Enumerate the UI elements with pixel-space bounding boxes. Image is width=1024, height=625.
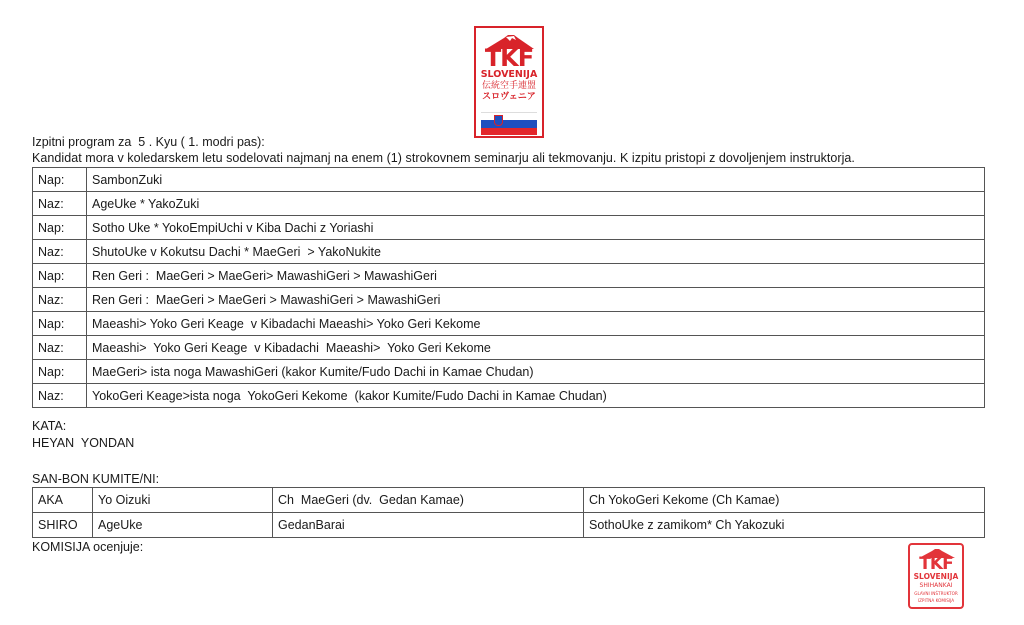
kumite-side-cell: AKA <box>33 488 93 513</box>
technique-type-cell: Nap: <box>33 264 87 288</box>
table-row: Naz:YokoGeri Keage>ista noga YokoGeri Ke… <box>33 384 985 408</box>
coat-of-arms-icon <box>494 115 503 126</box>
table-row: Naz:Maeashi> Yoko Geri Keage v Kibadachi… <box>33 336 985 360</box>
technique-text-cell: Maeashi> Yoko Geri Keage v Kibadachi Mae… <box>87 312 985 336</box>
kata-value: HEYAN YONDAN <box>32 436 134 450</box>
logo-title: TKF <box>476 46 542 70</box>
technique-type-cell: Nap: <box>33 168 87 192</box>
kumite-step3-cell: Ch YokoGeri Kekome (Ch Kamae) <box>584 488 985 513</box>
technique-type-cell: Naz: <box>33 384 87 408</box>
tkf-shihankai-stamp-logo: TKF SLOVENIJA SHIHANKAI GLAVNI INŠTRUKTO… <box>908 543 964 609</box>
sanbon-kumite-label: SAN-BON KUMITE/NI: <box>32 472 159 486</box>
technique-type-cell: Naz: <box>33 336 87 360</box>
technique-text-cell: MaeGeri> ista noga MawashiGeri (kakor Ku… <box>87 360 985 384</box>
kata-label: KATA: <box>32 419 66 433</box>
kumite-step1-cell: Yo Oizuki <box>93 488 273 513</box>
logo-japanese-line2: スロヴェニア <box>476 92 542 102</box>
technique-type-cell: Naz: <box>33 240 87 264</box>
table-row: Naz:AgeUke * YakoZuki <box>33 192 985 216</box>
slovenian-flag-icon <box>481 112 537 134</box>
kumite-step1-cell: AgeUke <box>93 513 273 538</box>
stamp-line2: GLAVNI INŠTRUKTOR <box>910 590 962 597</box>
table-row: Nap:Ren Geri : MaeGeri > MaeGeri> Mawash… <box>33 264 985 288</box>
sanbon-kumite-table: AKAYo OizukiCh MaeGeri (dv. Gedan Kamae)… <box>32 487 985 538</box>
kumite-step2-cell: GedanBarai <box>273 513 584 538</box>
technique-text-cell: SambonZuki <box>87 168 985 192</box>
table-row: SHIROAgeUkeGedanBaraiSothoUke z zamikom*… <box>33 513 985 538</box>
stamp-country: SLOVENIJA <box>910 573 962 581</box>
technique-type-cell: Naz: <box>33 192 87 216</box>
technique-text-cell: Ren Geri : MaeGeri > MaeGeri> MawashiGer… <box>87 264 985 288</box>
technique-type-cell: Nap: <box>33 360 87 384</box>
technique-type-cell: Nap: <box>33 216 87 240</box>
technique-text-cell: AgeUke * YakoZuki <box>87 192 985 216</box>
intro-text: Kandidat mora v koledarskem letu sodelov… <box>32 151 855 165</box>
techniques-table: Nap:SambonZukiNaz:AgeUke * YakoZukiNap:S… <box>32 167 985 408</box>
technique-text-cell: Maeashi> Yoko Geri Keage v Kibadachi Mae… <box>87 336 985 360</box>
tkf-slovenija-logo: TKF SLOVENIJA 伝統空手連盟 スロヴェニア <box>474 26 544 138</box>
technique-type-cell: Naz: <box>33 288 87 312</box>
technique-type-cell: Nap: <box>33 312 87 336</box>
table-row: Nap:Maeashi> Yoko Geri Keage v Kibadachi… <box>33 312 985 336</box>
logo-country: SLOVENIJA <box>476 70 542 80</box>
technique-text-cell: YokoGeri Keage>ista noga YokoGeri Kekome… <box>87 384 985 408</box>
exam-program-heading: Izpitni program za 5 . Kyu ( 1. modri pa… <box>32 135 265 149</box>
stamp-line3: IZPITNA KOMISIJA <box>910 597 962 604</box>
technique-text-cell: Ren Geri : MaeGeri > MaeGeri > MawashiGe… <box>87 288 985 312</box>
commission-label: KOMISIJA ocenjuje: <box>32 540 143 554</box>
table-row: Naz:Ren Geri : MaeGeri > MaeGeri > Mawas… <box>33 288 985 312</box>
kumite-step2-cell: Ch MaeGeri (dv. Gedan Kamae) <box>273 488 584 513</box>
table-row: Naz:ShutoUke v Kokutsu Dachi * MaeGeri >… <box>33 240 985 264</box>
table-row: AKAYo OizukiCh MaeGeri (dv. Gedan Kamae)… <box>33 488 985 513</box>
technique-text-cell: Sotho Uke * YokoEmpiUchi v Kiba Dachi z … <box>87 216 985 240</box>
table-row: Nap:MaeGeri> ista noga MawashiGeri (kako… <box>33 360 985 384</box>
table-row: Nap:Sotho Uke * YokoEmpiUchi v Kiba Dach… <box>33 216 985 240</box>
kumite-side-cell: SHIRO <box>33 513 93 538</box>
technique-text-cell: ShutoUke v Kokutsu Dachi * MaeGeri > Yak… <box>87 240 985 264</box>
kumite-step3-cell: SothoUke z zamikom* Ch Yakozuki <box>584 513 985 538</box>
logo-japanese-line1: 伝統空手連盟 <box>476 81 542 91</box>
stamp-title: TKF <box>910 556 962 573</box>
stamp-line1: SHIHANKAI <box>910 582 962 589</box>
table-row: Nap:SambonZuki <box>33 168 985 192</box>
